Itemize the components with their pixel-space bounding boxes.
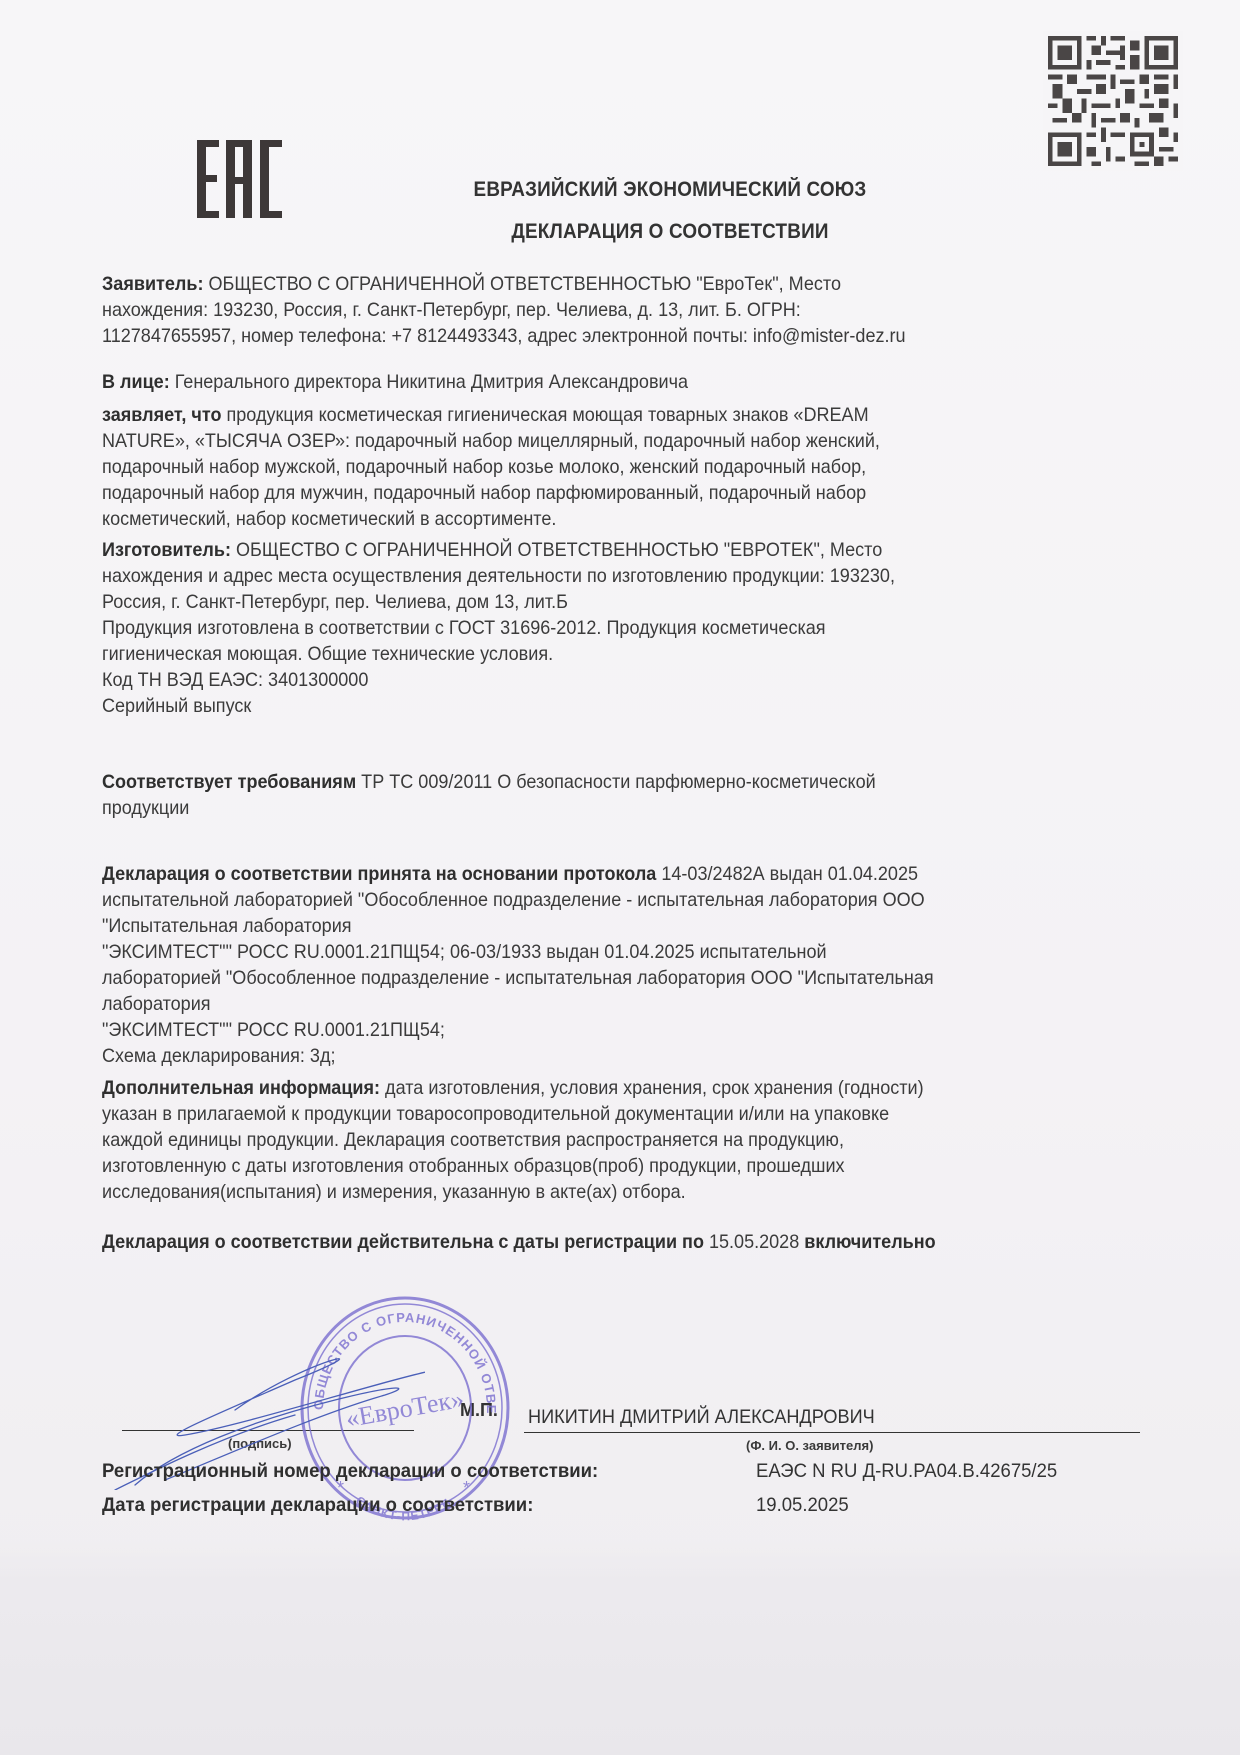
applicant-section: Заявитель: ОБЩЕСТВО С ОГРАНИЧЕННОЙ ОТВЕТ…: [102, 271, 1083, 349]
manufacturer-text: нахождения и адрес места осуществления д…: [102, 563, 1083, 589]
declaration-scheme: Схема декларирования: 3д;: [102, 1043, 1083, 1069]
registration-date-label: Дата регистрации декларации о соответств…: [102, 1494, 533, 1517]
manufacturer-text: ОБЩЕСТВО С ОГРАНИЧЕННОЙ ОТВЕТСТВЕННОСТЬЮ…: [231, 539, 882, 561]
conforms-section: Соответствует требованиям ТР ТС 009/2011…: [102, 769, 1083, 821]
validity-suffix: включительно: [804, 1231, 935, 1253]
basis-text: лаборатория: [102, 991, 1083, 1017]
validity-section: Декларация о соответствии действительна …: [102, 1229, 1083, 1255]
basis-text: "ЭКСИМТЕСТ"" РОСС RU.0001.21ПЩ54;: [102, 1017, 1083, 1043]
represented-by-section: В лице: Генерального директора Никитина …: [102, 369, 1083, 395]
basis-text: лабораторией "Обособленное подразделение…: [102, 965, 1083, 991]
applicant-name: НИКИТИН ДМИТРИЙ АЛЕКСАНДРОВИЧ: [528, 1406, 875, 1429]
release-type: Серийный выпуск: [102, 693, 1083, 719]
declares-text: косметический, набор косметический в асс…: [102, 506, 1083, 532]
declares-text: подарочный набор мужской, подарочный наб…: [102, 454, 1083, 480]
union-title: ЕВРАЗИЙСКИЙ ЭКОНОМИЧЕСКИЙ СОЮЗ: [67, 178, 1240, 202]
declares-text: подарочный набор для мужчин, подарочный …: [102, 480, 1083, 506]
document-title: ДЕКЛАРАЦИЯ О СООТВЕТСТВИИ: [67, 220, 1240, 244]
declares-text: продукция косметическая гигиеническая мо…: [221, 404, 868, 426]
additional-info-text: дата изготовления, условия хранения, сро…: [380, 1077, 924, 1099]
additional-info-text: каждой единицы продукции. Декларация соо…: [102, 1127, 1083, 1153]
declares-section: заявляет, что продукция косметическая ги…: [102, 402, 1083, 532]
manufacturer-text: Продукция изготовлена в соответствии с Г…: [102, 615, 1083, 641]
manufacturer-label: Изготовитель:: [102, 539, 231, 561]
additional-info-label: Дополнительная информация:: [102, 1077, 380, 1099]
registration-number-value: ЕАЭС N RU Д-RU.РА04.В.42675/25: [756, 1460, 1057, 1483]
applicant-text: 1127847655957, номер телефона: +7 812449…: [102, 323, 1083, 349]
basis-text: 14-03/2482А выдан 01.04.2025: [656, 863, 918, 885]
basis-label: Декларация о соответствии принята на осн…: [102, 863, 656, 885]
conforms-label: Соответствует требованиям: [102, 771, 356, 793]
basis-text: "ЭКСИМТЕСТ"" РОСС RU.0001.21ПЩ54; 06-03/…: [102, 939, 1083, 965]
validity-label: Декларация о соответствии действительна …: [102, 1231, 704, 1253]
applicant-label: Заявитель:: [102, 273, 203, 295]
conforms-text: продукции: [102, 795, 1083, 821]
declares-text: NATURE», «ТЫСЯЧА ОЗЕР»: подарочный набор…: [102, 428, 1083, 454]
registration-number-label: Регистрационный номер декларации о соотв…: [102, 1460, 598, 1483]
additional-info-text: указан в прилагаемой к продукции товарос…: [102, 1101, 1083, 1127]
qr-code-icon: [1043, 31, 1183, 171]
validity-date: 15.05.2028: [704, 1231, 804, 1253]
manufacturer-text: гигиеническая моющая. Общие технические …: [102, 641, 1083, 667]
manufacturer-text: Россия, г. Санкт-Петербург, пер. Челиева…: [102, 589, 1083, 615]
manufacturer-section: Изготовитель: ОБЩЕСТВО С ОГРАНИЧЕННОЙ ОТ…: [102, 537, 1083, 719]
basis-section: Декларация о соответствии принята на осн…: [102, 861, 1083, 1069]
applicant-text: нахождения: 193230, Россия, г. Санкт-Пет…: [102, 297, 1083, 323]
page-shadow: [0, 1540, 1240, 1755]
declares-label: заявляет, что: [102, 404, 221, 426]
basis-text: испытательной лабораторией "Обособленное…: [102, 887, 1083, 913]
conforms-text: ТР ТС 009/2011 О безопасности парфюмерно…: [356, 771, 876, 793]
registration-date-value: 19.05.2025: [756, 1494, 849, 1517]
additional-info-section: Дополнительная информация: дата изготовл…: [102, 1075, 1083, 1205]
basis-text: "Испытательная лаборатория: [102, 913, 1083, 939]
hs-code: Код ТН ВЭД ЕАЭС: 3401300000: [102, 667, 1083, 693]
name-line: [524, 1432, 1140, 1433]
represented-by-value: Генерального директора Никитина Дмитрия …: [170, 371, 688, 393]
name-caption: (Ф. И. О. заявителя): [746, 1438, 873, 1453]
additional-info-text: изготовленную с даты изготовления отобра…: [102, 1153, 1083, 1179]
additional-info-text: исследования(испытания) и измерения, ука…: [102, 1179, 1083, 1205]
applicant-text: ОБЩЕСТВО С ОГРАНИЧЕННОЙ ОТВЕТСТВЕННОСТЬЮ…: [203, 273, 841, 295]
represented-by-label: В лице:: [102, 371, 170, 393]
